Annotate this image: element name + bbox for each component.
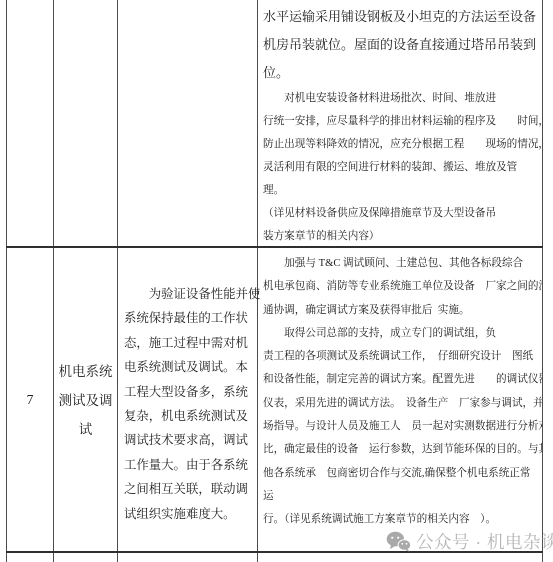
text-line: 行统一安排，应尽量科学的排出材料运输的程序及 时间， <box>263 110 540 133</box>
text-line: （详见材料设备供应及保障措施章节及大型设备吊 <box>263 202 540 225</box>
text-line: 责工程的各项测试及系统调试工作， 仔细研究设计 图纸 <box>263 345 540 368</box>
text-line: 调试技术要求高，调试 <box>124 428 260 452</box>
watermark-text: 公众号 · 机电杂谈 <box>416 529 553 554</box>
text-line: 灵活利用有限的空间进行材料的装卸、搬运、堆放及管 <box>263 156 540 179</box>
title-line: 测试及调 <box>59 386 113 415</box>
paragraph-transport: 水平运输采用铺设钢板及小坦克的方法运至设备 机房吊装就位。屋面的设备直接通过塔吊… <box>263 3 540 87</box>
text-line: 运 <box>263 485 540 508</box>
text-line: 电系统测试及调试。本 <box>124 355 260 379</box>
text-line: 对机电安装设备材料进场批次、时间、堆放进 <box>263 87 540 110</box>
table-row-separator-top <box>6 246 543 248</box>
table-cell-item-title: 机电系统 测试及调 试 <box>54 249 117 551</box>
wechat-icon <box>386 531 411 552</box>
paragraph-description: 为验证设备性能并使 系统保持最佳的工作状 态，施工过程中需对机 电系统测试及调试… <box>118 282 260 526</box>
text-line: 位。 <box>263 59 540 87</box>
text-line: 复杂，机电系统测试及 <box>124 404 260 428</box>
paragraph-material-arrangement: 对机电安装设备材料进场批次、时间、堆放进 行统一安排，应尽量科学的排出材料运输的… <box>263 87 540 246</box>
text-line: 防止出现等料降效的情况，应充分根据工程 现场的情况， <box>263 133 540 156</box>
table-cell-row7-measures: 加强与 T&C 调试顾问、土建总包、其他各标段综合 机电承包商、消防等专业系统施… <box>258 249 542 551</box>
text-line: 试组织实施难度大。 <box>124 502 260 526</box>
wechat-watermark: 公众号 · 机电杂谈 <box>386 529 553 553</box>
text-line: 他各系统承 包商密切合作与交流,确保整个机电系统正常 <box>263 462 540 485</box>
text-line: 系统保持最佳的工作状 <box>124 306 260 330</box>
text-line: 机房吊装就位。屋面的设备直接通过塔吊吊装到 <box>263 31 540 59</box>
text-line: 装方案章节的相关内容） <box>263 225 540 246</box>
text-line: 仪表，采用先进的调试方法。 设备生产 厂家参与调试，并现 <box>263 392 540 415</box>
text-line: 工作量大。由于各系统 <box>124 453 260 477</box>
text-line: 之间相互关联，联动调 <box>124 477 260 501</box>
document-page: 水平运输采用铺设钢板及小坦克的方法运至设备 机房吊装就位。屋面的设备直接通过塔吊… <box>0 0 553 562</box>
title-line: 机电系统 <box>59 357 113 386</box>
paragraph-coordination: 加强与 T&C 调试顾问、土建总包、其他各标段综合 机电承包商、消防等专业系统施… <box>263 252 540 322</box>
text-line: 水平运输采用铺设钢板及小坦克的方法运至设备 <box>263 3 540 31</box>
table-cell-row-prev-measures: 水平运输采用铺设钢板及小坦克的方法运至设备 机房吊装就位。屋面的设备直接通过塔吊… <box>258 0 542 246</box>
table-cell-description: 为验证设备性能并使 系统保持最佳的工作状 态，施工过程中需对机 电系统测试及调试… <box>118 249 257 551</box>
table-border-right <box>542 0 543 562</box>
paragraph-commissioning-team: 取得公司总部的支持，成立专门的调试组，负 责工程的各项测试及系统调试工作， 仔细… <box>263 322 540 532</box>
text-line: 加强与 T&C 调试顾问、土建总包、其他各标段综合 <box>263 252 540 275</box>
text-line: 为验证设备性能并使 <box>124 282 260 306</box>
text-line: 理。 <box>263 179 540 202</box>
text-line: 通协调，确定调试方案及获得审批后 实施。 <box>263 299 540 322</box>
table-cell-row-number: 7 <box>7 249 53 551</box>
text-line: 取得公司总部的支持，成立专门的调试组，负 <box>263 322 540 345</box>
text-line: 机电承包商、消防等专业系统施工单位及设备 厂家之间的沟 <box>263 275 540 298</box>
text-line: 场指导。与设计人员及施工人 员一起对实测数据进行分析对 <box>263 415 540 438</box>
text-line: 态，施工过程中需对机 <box>124 331 260 355</box>
text-line: 和设备性能，制定完善的调试方案。配置先进 的调试仪器 <box>263 368 540 391</box>
text-line: 工程大型设备多，系统 <box>124 380 260 404</box>
title-line: 试 <box>79 415 93 444</box>
text-line: 比，确定最佳的设备 运行参数，达到节能环保的目的。与其 <box>263 438 540 461</box>
row-number: 7 <box>27 392 34 408</box>
